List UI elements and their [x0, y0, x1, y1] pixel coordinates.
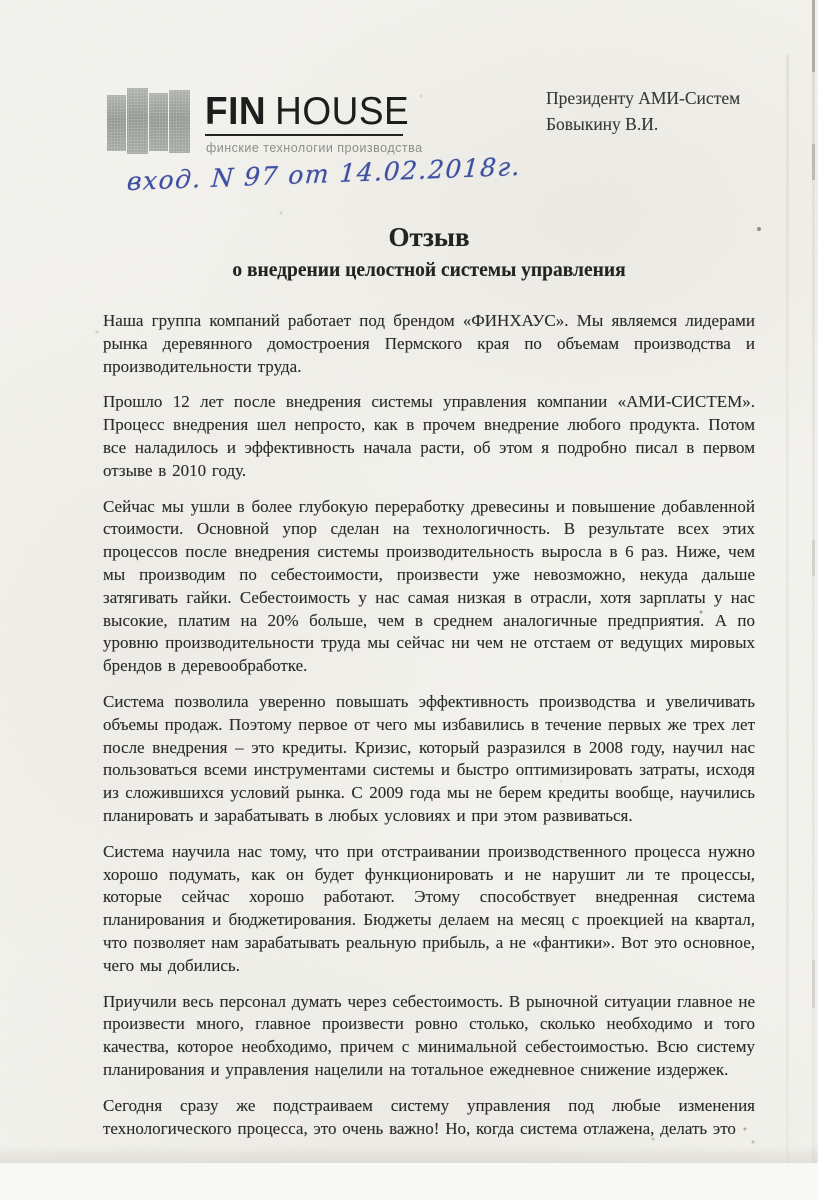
document-title: Отзыв [103, 222, 755, 253]
scan-crease-line [786, 55, 789, 1165]
paragraph-7: Сегодня сразу же подстраиваем систему уп… [103, 1095, 755, 1141]
addressee-line-1: Президенту АМИ-Систем [546, 85, 740, 111]
logo-timber-bar [149, 93, 168, 151]
letter-body: Наша группа компаний работает под брендо… [103, 310, 755, 1153]
scan-right-edge [812, 0, 815, 1200]
addressee-line-2: Бовыкину В.И. [546, 111, 740, 137]
paragraph-2: Прошло 12 лет после внедрения системы уп… [103, 391, 755, 482]
paragraph-5: Система научила нас тому, что при отстра… [103, 841, 755, 978]
paragraph-1: Наша группа компаний работает под брендо… [103, 310, 755, 378]
scan-bottom-band [0, 1163, 818, 1200]
document-subtitle: о внедрении целостной системы управления [103, 260, 755, 282]
handwritten-registration-note: вход. N 97 от 14.02.2018г. [126, 152, 522, 196]
logo-timber-bar [107, 95, 126, 151]
finhouse-logo-icon [107, 88, 191, 154]
paragraph-6: Приучили весь персонал думать через себе… [103, 991, 755, 1082]
logo-timber-bar [127, 88, 148, 154]
logo-tagline: финские технологии производства [206, 141, 423, 155]
logo-word-fin: FIN [205, 90, 266, 133]
paragraph-4: Система позволила уверенно повышать эффе… [103, 691, 755, 828]
logo-wordmark: FINHOUSE [205, 92, 409, 132]
logo-underline [205, 134, 403, 136]
title-block: Отзыв о внедрении целостной системы упра… [103, 222, 755, 282]
addressee-block: Президенту АМИ-Систем Бовыкину В.И. [546, 85, 740, 137]
logo-word-house: HOUSE [275, 90, 409, 133]
paragraph-3: Сейчас мы ушли в более глубокую перерабо… [103, 496, 755, 678]
scanned-letter-page: FINHOUSE финские технологии производства… [0, 0, 818, 1200]
logo-timber-bar [169, 90, 190, 153]
scan-speckles [0, 0, 2, 2]
scan-bottom-smudge [0, 1146, 818, 1163]
